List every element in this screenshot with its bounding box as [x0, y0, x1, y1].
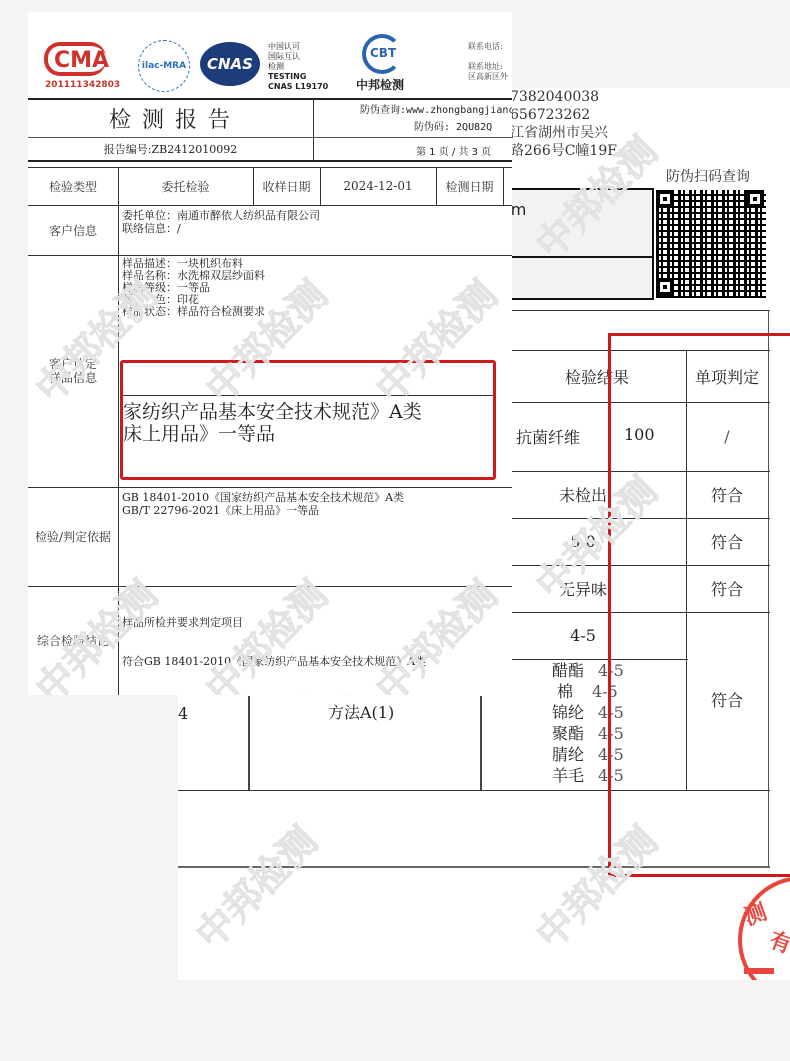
conclusion-line: 样品所检并要求判定项目: [122, 616, 426, 629]
customer-line: 委托单位：南通市醉依人纺织品有限公司: [122, 209, 320, 222]
cbt-text: CBT: [370, 46, 396, 60]
anti-fake-query[interactable]: 防伪查询:www.zhongbangjianc: [360, 101, 512, 116]
cbt-logo: CBT: [362, 34, 402, 74]
cnas-logo: CNAS: [200, 42, 260, 86]
cnas-line: TESTING: [268, 72, 328, 82]
basis-line: GB 18401-2010《国家纺织产品基本安全技术规范》A类: [122, 491, 404, 504]
conclusion-label: 综合检验结论: [28, 586, 118, 695]
watermark: 中邦检测: [181, 812, 327, 958]
conclusion-info: 样品所检并要求判定项目 符合GB 18401-2010《国家纺织产品基本安全技术…: [122, 590, 426, 695]
cbt-name: 中邦检测: [356, 76, 404, 93]
judgement: 符合: [686, 518, 768, 565]
judgement: 符合: [686, 471, 768, 518]
result-value: 100: [624, 425, 655, 444]
contact-line: 656723262: [510, 106, 617, 124]
contact-line: 路266号C幢19F: [510, 142, 617, 160]
cnas-line: 中国认可: [268, 42, 328, 52]
judgement: 符合: [686, 659, 768, 739]
receive-date-label: 收样日期: [253, 167, 320, 205]
test-date-label: 检测日期: [436, 167, 503, 205]
report-number: 报告编号:ZB2412010092: [28, 138, 313, 160]
conclusion-line: 符合GB 18401-2010《国家纺织产品基本安全技术规范》A类: [122, 655, 426, 668]
receive-date-value: 2024-12-01: [320, 167, 436, 205]
result-item: 抗菌纤维: [516, 425, 580, 448]
result-value: 4-5: [508, 612, 658, 659]
highlight-line: 家纺织产品基本安全技术规范》A类: [123, 401, 422, 423]
report-fragment: CMA 201111342803 ilac-MRA CNAS 中国认可 国际互认…: [28, 12, 512, 695]
cma-text: CMA: [54, 48, 109, 73]
header-result: 检验结果: [508, 350, 686, 402]
sample-label: 客户认定 样品信息: [28, 255, 118, 487]
method: 方法A(1): [328, 700, 394, 723]
contact-address-label: 联系地址:: [468, 62, 503, 72]
cnas-line: 检测: [268, 62, 328, 72]
highlight-text: 家纺织产品基本安全技术规范》A类 床上用品》一等品: [123, 401, 422, 445]
ilac-text: ilac-MRA: [142, 61, 186, 71]
type-value: 委托检验: [118, 167, 253, 205]
result-value: 未检出: [508, 471, 658, 518]
highlight-box: 家纺织产品基本安全技术规范》A类 床上用品》一等品: [120, 360, 496, 480]
page-title: 检 测 报 告: [28, 99, 313, 137]
judgement: 符合: [686, 565, 768, 612]
watermark: 中邦检测: [521, 812, 667, 958]
contact-overlay: 7382040038 656723262 江省湖州市吴兴 路266号C幢19F: [510, 88, 617, 160]
header-judgement: 单项判定: [686, 350, 768, 402]
cnas-line: 国际互认: [268, 52, 328, 62]
customer-label: 客户信息: [28, 205, 118, 255]
highlight-line: 床上用品》一等品: [123, 423, 422, 445]
contact-line: 7382040038: [510, 88, 617, 106]
customer-info: 委托单位：南通市醉依人纺织品有限公司 联络信息：/: [122, 209, 320, 235]
qr-label: 防伪扫码查询: [666, 166, 750, 186]
cma-logo: CMA: [44, 42, 106, 76]
cnas-line: CNAS L19170: [268, 82, 328, 92]
page-info: 第 1 页 / 共 3 页: [416, 143, 491, 158]
result-value: 无异味: [508, 565, 658, 612]
ilac-logo: ilac-MRA: [138, 40, 190, 92]
basis-label: 检验/判定依据: [28, 487, 118, 586]
contact-line: 江省湖州市吴兴: [510, 124, 617, 142]
contact-address-partial: 区高新区外: [468, 72, 508, 82]
cnas-info: 中国认可 国际互认 检测 TESTING CNAS L19170: [268, 42, 328, 92]
contact-phone-label: 联系电话:: [468, 42, 503, 52]
cma-code: 201111342803: [45, 80, 120, 90]
sample-info: 样品描述：一块机织布料 样品名称：水洗棉双层纱面料 样品等级：一等品 颜 色：印…: [122, 258, 265, 318]
conclusion-line: GB/T 22796-2021《床上用品》一等品相应的要求；: [122, 694, 426, 695]
basis-line: GB/T 22796-2021《床上用品》一等品: [122, 504, 404, 517]
result-value: 5.0: [508, 518, 658, 565]
basis-info: GB 18401-2010《国家纺织产品基本安全技术规范》A类 GB/T 227…: [122, 491, 404, 517]
type-label: 检验类型: [28, 167, 118, 205]
judgement: /: [686, 402, 768, 471]
sample-line: 样品状态：样品符合检测要求: [122, 306, 265, 318]
anti-fake-code: 防伪码: 2QU82Q: [414, 118, 492, 133]
qr-code[interactable]: [656, 190, 766, 298]
customer-line: 联络信息：/: [122, 222, 320, 235]
cnas-text: CNAS: [207, 55, 253, 73]
left-partial: 4: [178, 704, 188, 723]
